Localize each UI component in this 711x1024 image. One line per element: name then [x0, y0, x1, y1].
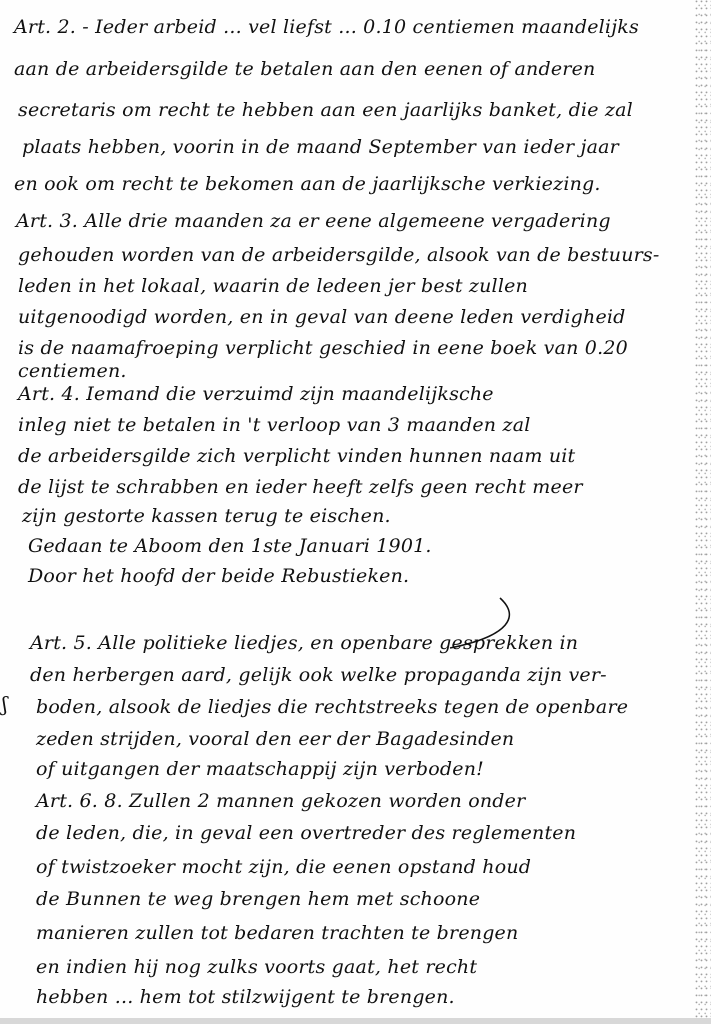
- text-line: de lijst te schrabben en ieder heeft zel…: [18, 476, 583, 498]
- text-line: inleg niet te betalen in 't verloop van …: [18, 414, 531, 436]
- text-line: of uitgangen der maatschappij zijn verbo…: [36, 758, 484, 780]
- text-line: den herbergen aard, gelijk ook welke pro…: [30, 664, 607, 686]
- manuscript-page: Art. 2. - Ieder arbeid ... vel liefst ..…: [0, 0, 711, 1024]
- text-line: en indien hij nog zulks voorts gaat, het…: [36, 956, 477, 978]
- text-line: manieren zullen tot bedaren trachten te …: [36, 922, 518, 944]
- text-line: aan de arbeidersgilde te betalen aan den…: [14, 58, 595, 80]
- text-line: boden, alsook de liedjes die rechtstreek…: [36, 696, 628, 718]
- text-line: centiemen.: [18, 360, 127, 382]
- text-line: zijn gestorte kassen terug te eischen.: [22, 505, 391, 527]
- text-line: plaats hebben, voorin in de maand Septem…: [22, 136, 619, 158]
- text-line: zeden strijden, vooral den eer der Bagad…: [36, 728, 514, 750]
- text-line: is de naamafroeping verplicht geschied i…: [18, 337, 628, 359]
- signature-line: Door het hoofd der beide Rebustieken.: [28, 565, 409, 587]
- scan-edge-noise: [695, 0, 711, 1024]
- text-line: secretaris om recht te hebben aan een ja…: [18, 99, 633, 121]
- text-line: leden in het lokaal, waarin de ledeen je…: [18, 275, 528, 297]
- margin-mark: ʃ: [2, 692, 7, 716]
- text-line: Art. 2. - Ieder arbeid ... vel liefst ..…: [14, 16, 639, 38]
- text-line: hebben ... hem tot stilzwijgent te breng…: [36, 986, 455, 1008]
- article-heading: Art. 6. 8. Zullen 2 mannen gekozen worde…: [36, 790, 525, 812]
- text-line: of twistzoeker mocht zijn, die eenen ops…: [36, 856, 531, 878]
- text-line: en ook om recht te bekomen aan de jaarli…: [14, 173, 601, 195]
- text-line: Art. 3. Alle drie maanden za er eene alg…: [16, 210, 611, 232]
- article-heading: Art. 4. Iemand die verzuimd zijn maandel…: [18, 383, 494, 405]
- text-line: de leden, die, in geval een overtreder d…: [36, 822, 576, 844]
- article-heading: Art. 5. Alle politieke liedjes, en openb…: [30, 632, 578, 654]
- text-line: de arbeidersgilde zich verplicht vinden …: [18, 445, 575, 467]
- scan-bottom-edge: [0, 1018, 711, 1024]
- date-line: Gedaan te Aboom den 1ste Januari 1901.: [28, 535, 432, 557]
- text-line: de Bunnen te weg brengen hem met schoone: [36, 888, 480, 910]
- text-line: uitgenoodigd worden, en in geval van dee…: [18, 306, 626, 328]
- text-line: gehouden worden van de arbeidersgilde, a…: [18, 244, 659, 266]
